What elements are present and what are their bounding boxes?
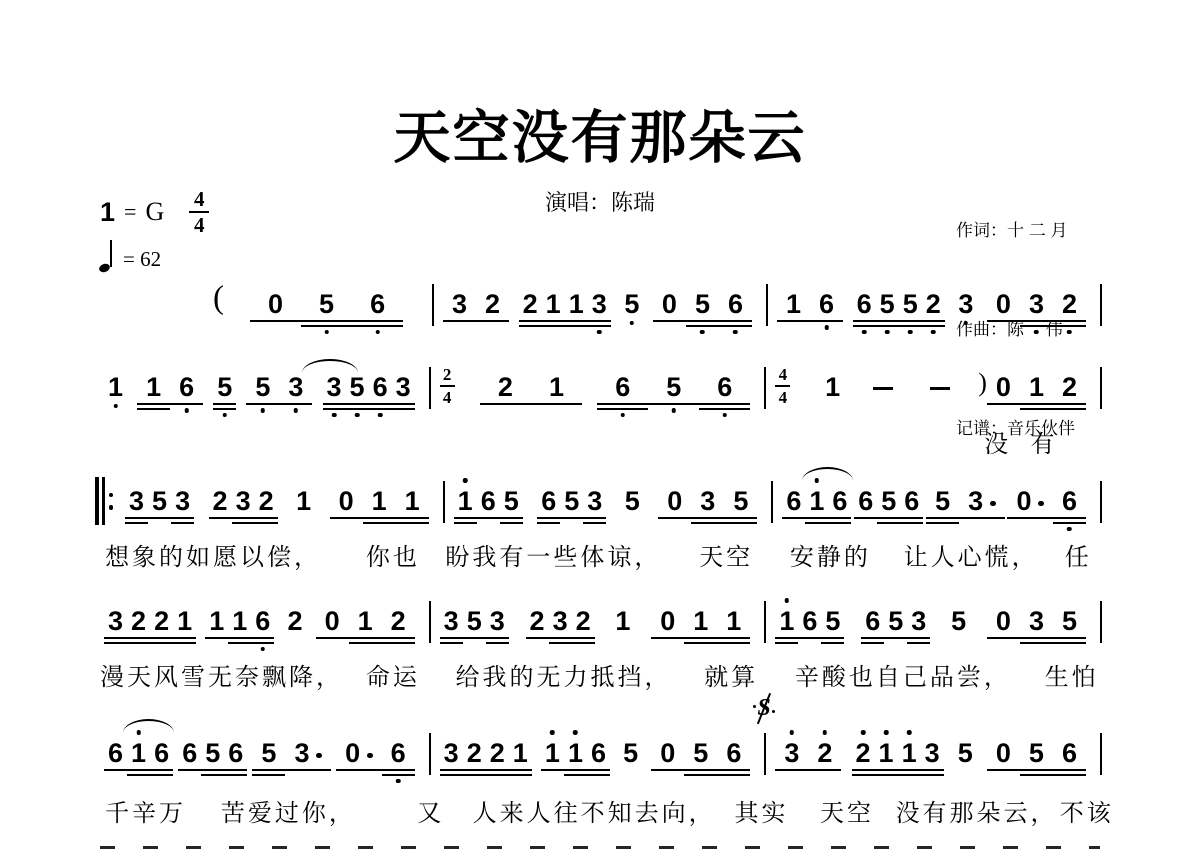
note: 6 [369, 374, 392, 401]
lyric-segment: 苦爱过你， [221, 793, 356, 828]
note: 5 [148, 488, 171, 515]
lyric-segment: 盼我有一些体谅， [445, 537, 661, 572]
barline [1100, 367, 1102, 401]
beam-underline [853, 320, 876, 323]
beat-group: 5 [213, 374, 236, 401]
note: 5 [252, 740, 285, 767]
lyric-line-2: 想象的如愿以偿，你也盼我有一些体谅，天空安静的让人心慌，任 [95, 537, 1102, 567]
lyric-line-4: 千辛万苦爱过你，又人来人往不知去向，其实天空没有那朵云，不该 [95, 793, 1102, 823]
note: 6 [699, 374, 750, 401]
paren-symbol: ) [978, 370, 987, 396]
note: 2 [150, 608, 173, 635]
beam-underline-2 [921, 774, 944, 777]
note: 6 [853, 291, 876, 318]
beam-underline [301, 320, 352, 323]
lyric-segment: 想象的如愿以偿， [105, 537, 321, 572]
beam-underline [209, 517, 232, 520]
beam-underline-2 [1020, 325, 1053, 328]
lyric-segment: 漫天风雪无奈飘降， [100, 657, 343, 692]
lyric-segment: 不该 [1060, 793, 1114, 828]
note: 2 [463, 740, 486, 767]
beam-underline-2 [549, 642, 572, 645]
note: 1 [292, 488, 315, 515]
beat-group [865, 387, 901, 402]
inline-time-signature: 44 [775, 365, 790, 408]
beat-group: 1 [104, 374, 127, 401]
measure: 1165533563 [95, 374, 429, 401]
note: 3 [285, 740, 331, 767]
note-digit: 5 [217, 372, 232, 402]
beam-underline [810, 320, 843, 323]
note-digit: 0 [339, 486, 354, 516]
beam-underline-2 [1020, 774, 1053, 777]
beam-underline-2 [1053, 325, 1086, 328]
beat-group: 353 [440, 608, 509, 635]
barline-rule [443, 481, 445, 523]
beam-underline-2 [509, 774, 532, 777]
beam-underline [805, 517, 828, 520]
lyric-segment: 任 [1065, 537, 1092, 572]
beam-underline [213, 403, 236, 406]
note-digit: 5 [888, 606, 903, 636]
note-digit: 5 [958, 738, 973, 768]
high-octave-dot [907, 730, 912, 735]
barline [443, 481, 445, 515]
beam-underline-2 [852, 774, 875, 777]
note-digit: 1 [786, 289, 801, 319]
note-digit: 0 [268, 289, 283, 319]
beam-underline [1053, 403, 1086, 406]
barline [429, 733, 431, 767]
inline-time-signature: 24 [440, 365, 455, 408]
note: 1 [137, 374, 170, 401]
note-digit: 6 [154, 738, 169, 768]
low-octave-dot [396, 779, 401, 784]
note: 1 [104, 374, 127, 401]
beam-underline [500, 517, 523, 520]
note: 5 [1020, 740, 1053, 767]
beat-group: 165 [775, 608, 844, 635]
beat-group: 232 [526, 608, 595, 635]
beat-group: )012 [978, 374, 1086, 401]
beam-underline-2 [597, 408, 648, 411]
note: 0 [987, 291, 1020, 318]
repeat-dots [109, 493, 114, 510]
note: 3 [907, 608, 930, 635]
beat-group: 06 [1007, 488, 1086, 515]
sheet-music-page: 天空没有那朵云 演唱：陈瑞 作词：十 二 月 作曲：陈 伟 记谱：音乐伙伴 1 … [0, 0, 1200, 850]
note-digit: 6 [865, 606, 880, 636]
beam-underline [363, 517, 396, 520]
low-octave-dot [355, 413, 360, 418]
beam-underline-2 [1053, 522, 1086, 525]
note: 3 [1020, 608, 1053, 635]
beam-underline [173, 637, 196, 640]
beam-underline [899, 320, 922, 323]
note: 5 [947, 608, 970, 635]
low-octave-dot [113, 404, 118, 409]
note: 1 [542, 291, 565, 318]
beam-underline-2 [171, 522, 194, 525]
beam-underline [782, 517, 805, 520]
beam-underline-2 [686, 325, 719, 328]
note-digit: 3 [968, 486, 983, 516]
low-octave-dot [261, 408, 266, 413]
beat-group: 056 [987, 740, 1086, 767]
barline [764, 601, 766, 635]
beam-underline [717, 637, 750, 640]
note-digit: 0 [996, 289, 1011, 319]
note-digit: 2 [213, 486, 228, 516]
measure: 3221135056 [434, 291, 766, 318]
lyric-segment: 就算 [704, 657, 758, 692]
barline [429, 601, 431, 635]
low-octave-dot [1067, 527, 1072, 532]
beam-underline-2 [717, 642, 750, 645]
beam-underline-2 [251, 642, 274, 645]
beat-group: 3221 [440, 740, 532, 767]
beam-underline [861, 637, 884, 640]
beam-underline-2 [213, 408, 236, 411]
beam-underline-2 [1053, 408, 1086, 411]
segno-dot [772, 710, 775, 713]
note: 6 [717, 740, 750, 767]
main-time-signature: 4 4 [189, 188, 209, 236]
beam-underline [392, 403, 415, 406]
note-digit: 5 [935, 486, 950, 516]
beam-underline [583, 517, 606, 520]
low-octave-dot [261, 647, 266, 652]
note: 6 [597, 374, 648, 401]
beam-underline [125, 517, 148, 520]
beam-underline [480, 403, 531, 406]
beam-underline [396, 517, 429, 520]
beam-underline [876, 320, 899, 323]
note-digit: 2 [259, 486, 274, 516]
note: 5 [463, 608, 486, 635]
beat-group: 2113 [519, 291, 611, 318]
beam-underline-2 [684, 774, 717, 777]
beam-underline-2 [137, 408, 170, 411]
beam-underline [486, 637, 509, 640]
note-digit: 1 [879, 738, 894, 768]
low-octave-dot [733, 330, 738, 335]
note: 0 [658, 488, 691, 515]
lyric-segment: 让人心慌， [904, 537, 1039, 572]
note: 1 [775, 608, 798, 635]
ts-bar [440, 385, 455, 387]
beam-underline [699, 403, 750, 406]
beam-underline [509, 769, 532, 772]
barline [1100, 284, 1102, 318]
beam-underline [127, 769, 150, 772]
beam-underline [531, 403, 582, 406]
note-digit: 5 [1029, 738, 1044, 768]
beam-underline [724, 517, 757, 520]
note-digit: 6 [717, 372, 732, 402]
note-digit: 2 [154, 606, 169, 636]
note-digit: 0 [662, 289, 677, 319]
barline-rule [764, 601, 766, 643]
beam-underline [246, 403, 279, 406]
beat-group: 035 [658, 488, 757, 515]
note-digit: 1 [779, 606, 794, 636]
note: 5 [877, 488, 900, 515]
lyric-segment: 你也 [366, 537, 420, 572]
barline [1100, 733, 1102, 767]
note: 2 [526, 608, 549, 635]
note-digit: 1 [615, 606, 630, 636]
beat-group: 21 [480, 374, 582, 401]
note: 6 [224, 740, 247, 767]
barline-rule [1100, 367, 1102, 409]
note: 1 [127, 740, 150, 767]
beat-group: 116 [205, 608, 274, 635]
lyric-segment: 千辛万 [105, 793, 186, 828]
note: 5 [899, 291, 922, 318]
beam-underline-2 [717, 774, 750, 777]
note-digit: 1 [177, 606, 192, 636]
measure: 32211162012 [95, 608, 429, 635]
note: 6 [810, 291, 843, 318]
note-digit: 3 [958, 289, 973, 319]
beat-group: 616 [104, 740, 173, 767]
note-digit: 2 [287, 606, 302, 636]
barline [771, 481, 773, 515]
beam-underline [658, 517, 691, 520]
high-octave-dot [573, 730, 578, 735]
note: 1 [805, 488, 828, 515]
beam-underline-2 [382, 774, 415, 777]
beam-underline [1020, 403, 1053, 406]
beat-group [922, 387, 958, 402]
beam-underline [232, 517, 255, 520]
beam-underline [900, 517, 923, 520]
note: 6 [719, 291, 752, 318]
beam-underline-2 [588, 325, 611, 328]
slur-arc [302, 359, 357, 373]
tonic-numeral: 1 [100, 197, 115, 228]
low-octave-dot [672, 408, 677, 413]
note-digit: 2 [1062, 372, 1077, 402]
lyric-segment: 其实 [734, 793, 788, 828]
note: 2 [1053, 374, 1086, 401]
beam-underline [252, 769, 285, 772]
beam-underline-2 [127, 642, 150, 645]
beat-group: 011 [651, 608, 750, 635]
segno-dot [753, 705, 756, 708]
note-digit: 5 [880, 289, 895, 319]
note-digit: 5 [504, 486, 519, 516]
note-digit: 3 [452, 289, 467, 319]
beam-underline-2 [224, 774, 247, 777]
note-digit: 3 [444, 738, 459, 768]
note: 5 [1053, 608, 1086, 635]
note: 5 [560, 488, 583, 515]
beam-underline-2 [565, 325, 588, 328]
lyric-segment: 生怕 [1045, 657, 1099, 692]
beat-group: 16 [137, 374, 203, 401]
low-octave-dot [184, 408, 189, 413]
note-digit: 0 [660, 738, 675, 768]
note: 5 [619, 740, 642, 767]
note: 1 [363, 488, 396, 515]
low-octave-dot [885, 330, 890, 335]
note: 3 [232, 488, 255, 515]
barline-rule [1100, 481, 1102, 523]
low-octave-dot [294, 408, 299, 413]
note-digit: 1 [358, 606, 373, 636]
beam-underline [648, 403, 699, 406]
ts-bar [775, 385, 790, 387]
note: 2 [480, 374, 531, 401]
note-digit: 5 [624, 289, 639, 319]
note-digit: 2 [817, 738, 832, 768]
note: 2 [382, 608, 415, 635]
lyric-segment: 又 [417, 793, 444, 828]
beam-underline [463, 637, 486, 640]
note: 2 [572, 608, 595, 635]
note-digit: 6 [857, 289, 872, 319]
beam-underline-2 [587, 774, 610, 777]
beam-underline-2 [486, 774, 509, 777]
note: 5 [684, 740, 717, 767]
note: 6 [854, 488, 877, 515]
beat-group: 011 [330, 488, 429, 515]
note: 6 [587, 740, 610, 767]
beat-group: 3563 [323, 374, 415, 401]
note-digit: 5 [951, 606, 966, 636]
note: 5 [500, 488, 523, 515]
note-digit: 2 [498, 372, 513, 402]
beat-group: 16 [777, 291, 843, 318]
note-digit: 0 [660, 606, 675, 636]
note: 3 [125, 488, 148, 515]
beat-group: 32 [775, 740, 841, 767]
beam-underline-2 [396, 522, 429, 525]
beam-underline-2 [907, 642, 930, 645]
note-digit: 3 [294, 738, 309, 768]
beat-group: 1 [611, 608, 634, 635]
low-octave-dot [1034, 330, 1039, 335]
note-digit: 1 [902, 738, 917, 768]
augmentation-dot [1038, 501, 1044, 507]
note: 1 [509, 740, 532, 767]
beam-underline [526, 637, 549, 640]
lyric-segment: 没 有 [984, 424, 1057, 459]
high-octave-dot [790, 730, 795, 735]
beam-underline [651, 769, 684, 772]
low-octave-dot [375, 330, 380, 335]
note-digit: 1 [569, 289, 584, 319]
lyric-segment: 人来人往不知去向， [473, 793, 716, 828]
note-digit: 1 [568, 738, 583, 768]
beam-underline-2 [440, 774, 463, 777]
low-octave-dot [908, 330, 913, 335]
note: 6 [782, 488, 805, 515]
beam-underline [537, 517, 560, 520]
note: 5 [346, 374, 369, 401]
beam-underline [201, 769, 224, 772]
beam-underline-2 [900, 522, 923, 525]
note-digit: 3 [490, 606, 505, 636]
beam-underline [686, 320, 719, 323]
beam-underline-2 [828, 522, 851, 525]
beam-underline [653, 320, 686, 323]
note-digit: 3 [1029, 606, 1044, 636]
note-digit: 6 [591, 738, 606, 768]
note: 3 [921, 740, 944, 767]
beam-underline-2 [463, 774, 486, 777]
note: 0 [987, 374, 1020, 401]
beam-underline-2 [486, 642, 509, 645]
note-digit: 6 [728, 289, 743, 319]
beam-underline [127, 637, 150, 640]
beam-underline [255, 517, 278, 520]
beam-underline-2 [572, 642, 595, 645]
beam-underline [898, 769, 921, 772]
meter-numerator: 4 [194, 188, 205, 210]
note-digit: 0 [996, 738, 1011, 768]
beat-group: 2 [283, 608, 306, 635]
beam-underline [443, 320, 476, 323]
beam-underline [178, 769, 201, 772]
barline-rule [429, 601, 431, 643]
beat-group: 116 [541, 740, 610, 767]
beam-underline [921, 769, 944, 772]
beam-underline-2 [542, 325, 565, 328]
low-octave-dot [964, 321, 969, 326]
beam-underline-2 [346, 408, 369, 411]
beat-group: 3 [954, 291, 977, 318]
note: 6 [477, 488, 500, 515]
beat-group: 653 [861, 608, 930, 635]
beam-underline [564, 769, 587, 772]
beam-underline [349, 637, 382, 640]
note-digit: 0 [325, 606, 340, 636]
beam-underline [382, 769, 415, 772]
note-digit: 5 [152, 486, 167, 516]
lyric-segment: 安静的 [790, 537, 871, 572]
beam-underline-2 [899, 325, 922, 328]
beat-group: 5 [621, 488, 644, 515]
key-signature: 1 = G 4 4 [100, 188, 209, 236]
note-digit: 0 [996, 606, 1011, 636]
note: 3 [392, 374, 415, 401]
beat-group: 012 [316, 608, 415, 635]
beam-underline [285, 769, 331, 772]
beam-underline [926, 517, 959, 520]
note: 0 [653, 291, 686, 318]
lyric-segment: 天空 [699, 537, 753, 572]
note-digit: 0 [996, 372, 1011, 402]
note: 3 [954, 291, 977, 318]
note: 3 [959, 488, 1005, 515]
note-digit: 0 [345, 738, 360, 768]
note: 5 [246, 374, 279, 401]
note-digit: 3 [327, 372, 342, 402]
high-octave-dot [884, 730, 889, 735]
note-digit: 1 [825, 372, 840, 402]
beam-underline [1053, 320, 1086, 323]
note-digit: 5 [733, 486, 748, 516]
note: 6 [798, 608, 821, 635]
note-digit: 5 [881, 486, 896, 516]
beam-underline [224, 769, 247, 772]
low-octave-dot [862, 330, 867, 335]
beam-underline [572, 637, 595, 640]
note-digit: 6 [481, 486, 496, 516]
